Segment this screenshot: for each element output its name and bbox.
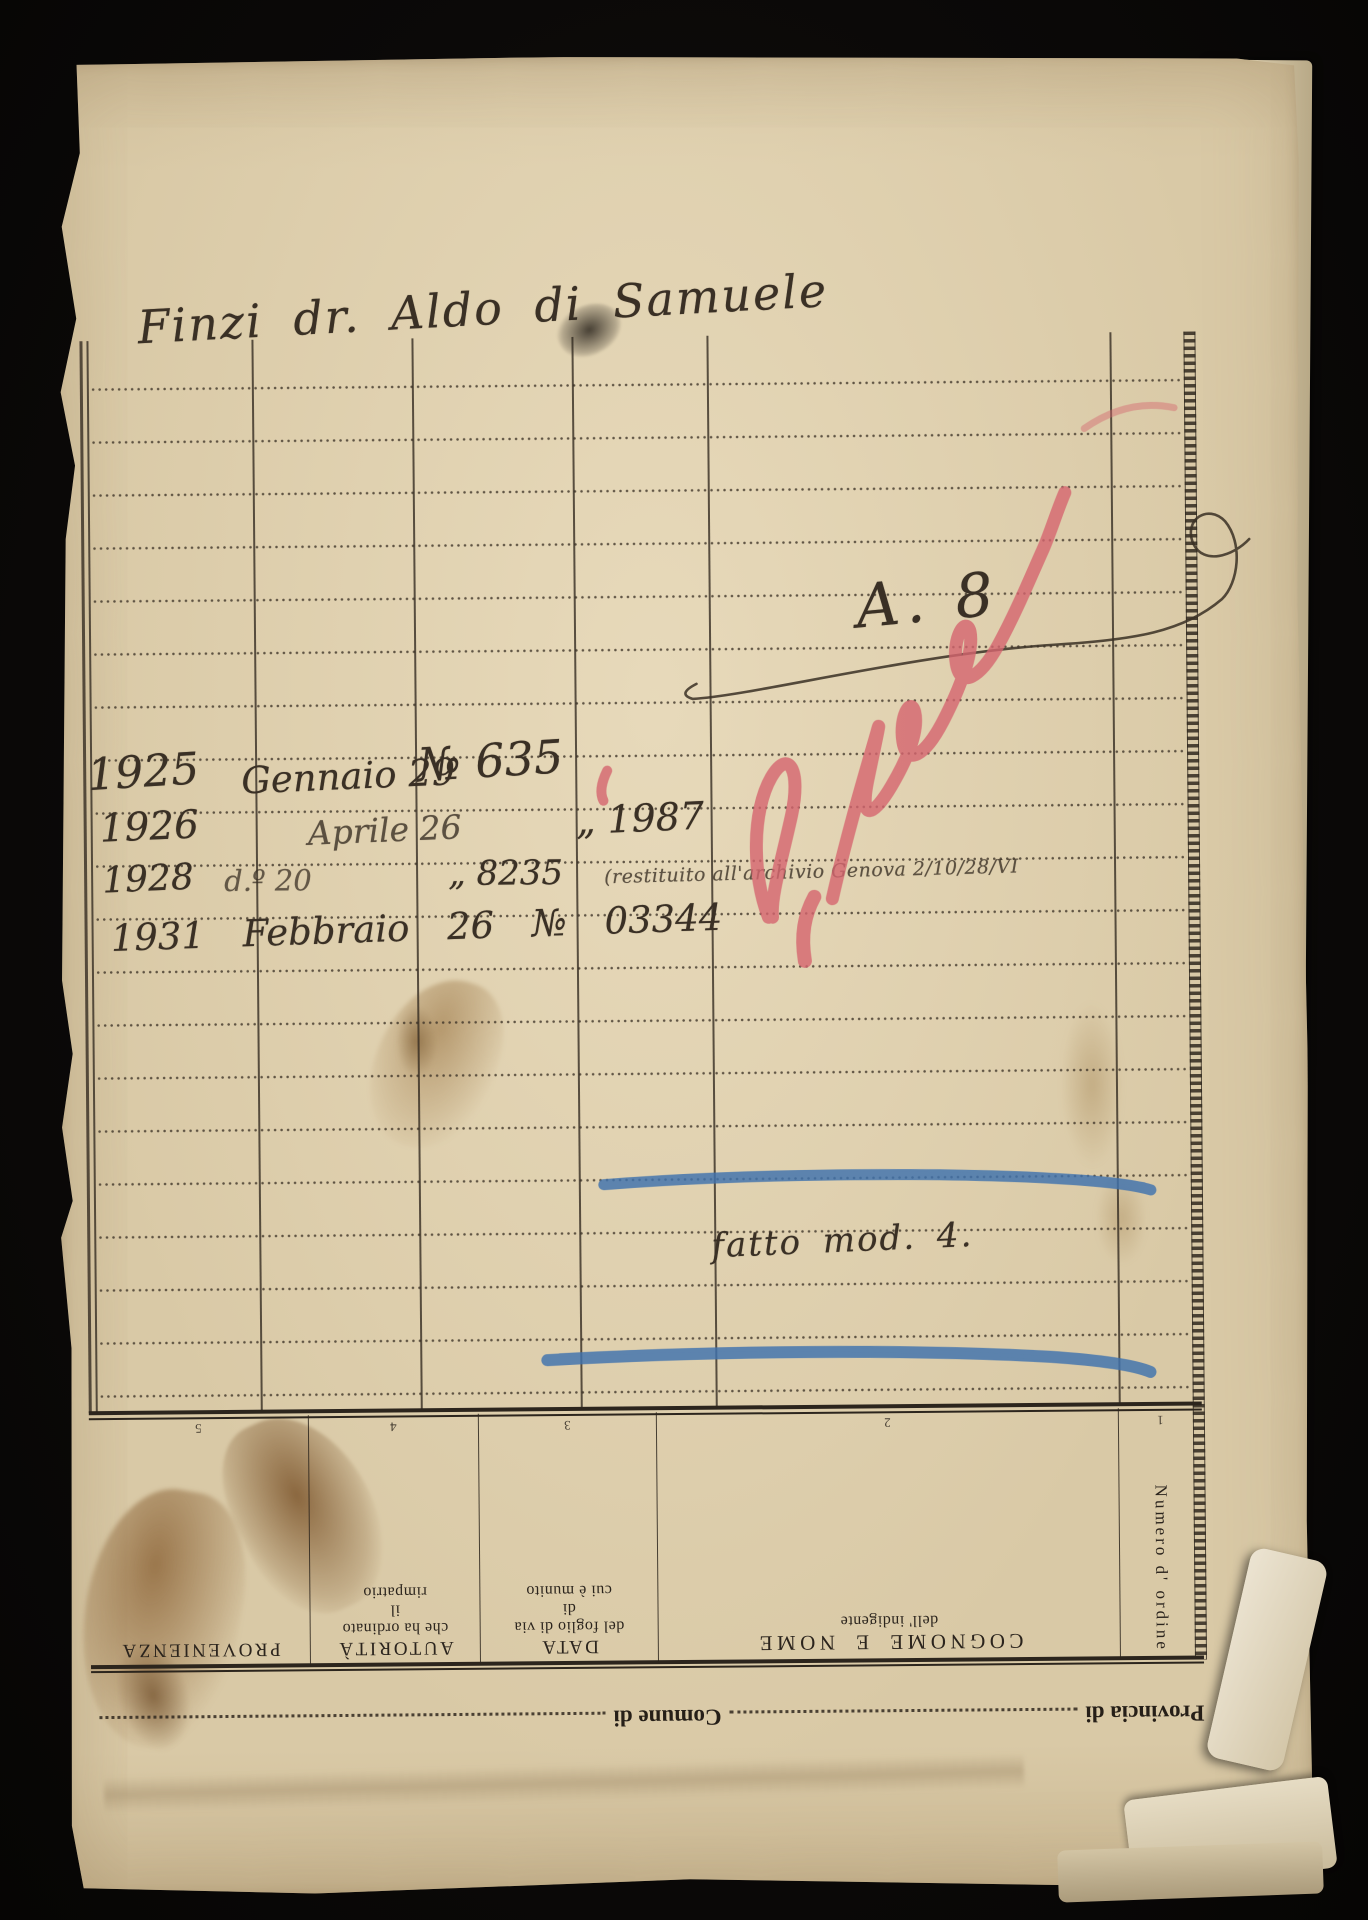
entry-year: 1928 — [101, 857, 194, 902]
column-number: 5 — [195, 1418, 202, 1436]
header-cell-autorita: AUTORITÀ che ha ordinato il rimpatrio 4 — [309, 1414, 481, 1665]
register-page: Numero d' ordine 1 COGNOME E NOME dell' … — [49, 51, 1315, 1900]
comune-label: Comune di — [613, 1704, 721, 1731]
column-number: 3 — [564, 1415, 571, 1433]
header-sublabel-cognome: dell' indigente — [840, 1611, 938, 1630]
entry-year: 1925 — [86, 743, 201, 801]
header-cell-data: DATA del foglio di via di cui è munito 3 — [479, 1412, 659, 1664]
header-subline: rimpatrio — [363, 1582, 427, 1601]
underlying-sheet-edge — [1057, 1841, 1324, 1902]
header-cell-cognome: COGNOME E NOME dell' indigente 2 — [657, 1408, 1121, 1662]
dotted-leader — [729, 1708, 1077, 1715]
printed-footer-line: Provincia di Comune di — [91, 1699, 1204, 1753]
dotted-leader — [99, 1712, 605, 1720]
table-border-left — [79, 341, 91, 1413]
header-cell-provenienza: PROVENIENZA 5 — [89, 1415, 311, 1667]
header-subline: il — [390, 1600, 400, 1618]
header-label-provenienza: PROVENIENZA — [120, 1638, 281, 1661]
column-number: 4 — [390, 1417, 397, 1435]
header-cell-numero: Numero d' ordine 1 — [1119, 1407, 1204, 1658]
header-label-autorita: AUTORITÀ — [337, 1636, 454, 1659]
printed-header-row: Numero d' ordine 1 COGNOME E NOME dell' … — [89, 1407, 1204, 1667]
column-number: 1 — [1157, 1410, 1164, 1428]
header-label-numero: Numero d' ordine — [1151, 1485, 1172, 1652]
header-subline: che ha ordinato — [342, 1618, 448, 1637]
entry-number: „ 1987 — [575, 794, 705, 844]
header-label-data: DATA — [540, 1635, 599, 1658]
column-number: 2 — [884, 1412, 891, 1430]
paper-crease — [104, 1753, 1025, 1813]
entry-date: d.º 20 — [224, 863, 312, 898]
handwritten-file-mark: A. 8 — [853, 559, 1003, 642]
header-label-cognome: COGNOME E NOME — [755, 1628, 1024, 1655]
handwritten-name-line: Finzi dr. Aldo di Samuele — [136, 263, 829, 354]
photographed-register-scan: Numero d' ordine 1 COGNOME E NOME dell' … — [0, 0, 1368, 1920]
header-subline: di — [562, 1599, 576, 1617]
provincia-label: Provincia di — [1085, 1699, 1204, 1726]
header-subline: cui è munito — [526, 1581, 612, 1600]
entry-year: 1926 — [99, 802, 200, 851]
entry-number: № 635 — [416, 729, 565, 792]
entry-number: „ 8235 — [448, 853, 563, 894]
entry-date: Aprile 26 — [307, 807, 462, 853]
header-subline: del foglio di via — [514, 1617, 624, 1636]
